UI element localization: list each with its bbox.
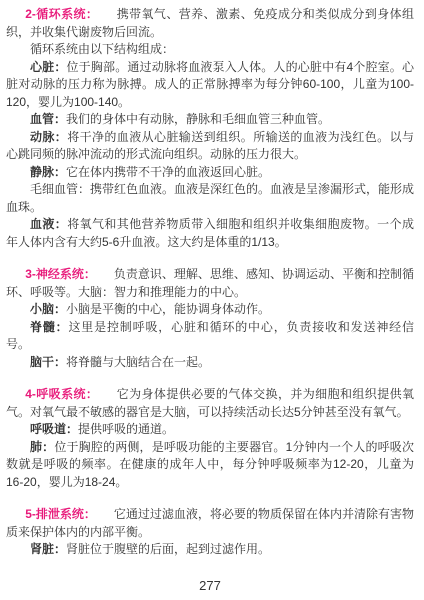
- paragraph: 呼吸道：提供呼吸的通道。: [6, 421, 414, 439]
- paragraph-text: 我们的身体中有动脉，静脉和毛细血管三种血管。: [66, 112, 330, 126]
- paragraph: 脑干：将脊髓与大脑结合在一起。: [6, 354, 414, 372]
- paragraph-text: 位于胸部。通过动脉将血液泵入人体。人的心脏中有4个腔室。心脏对动脉的压力称为脉搏…: [6, 60, 414, 109]
- section-heading: 2-循环系统：: [25, 7, 98, 21]
- page-content: 2-循环系统：携带氧气、营养、激素、免疫成分和类似成分到身体组织，并收集代谢废物…: [6, 6, 414, 559]
- paragraph: 静脉：它在体内携带不干净的血液返回心脏。: [6, 164, 414, 182]
- term-label: 静脉：: [30, 165, 66, 179]
- section-heading-paragraph: 2-循环系统：携带氧气、营养、激素、免疫成分和类似成分到身体组织，并收集代谢废物…: [6, 6, 414, 41]
- paragraph-text: 将干净的血液从心脏输送到组织。所输送的血液为浅红色。以与心跳同频的脉冲流动的形式…: [6, 130, 414, 162]
- section-respiratory-system: 4-呼吸系统：它为身体提供必要的气体交换，并为细胞和组织提供氧气。对氧气最不敏感…: [6, 386, 414, 491]
- term-label: 呼吸道：: [30, 422, 78, 436]
- paragraph-text: 毛细血管：携带红色血液。血液是深红色的。血液是呈渗漏形式，能形成血珠。: [6, 182, 414, 214]
- paragraph: 心脏：位于胸部。通过动脉将血液泵入人体。人的心脏中有4个腔室。心脏对动脉的压力称…: [6, 59, 414, 112]
- paragraph-text: 它在体内携带不干净的血液返回心脏。: [66, 165, 270, 179]
- paragraph-text: 将氧气和其他营养物质带入细胞和组织并收集细胞废物。一个成年人体内含有大约5-6升…: [6, 217, 414, 249]
- paragraph: 动脉：将干净的血液从心脏输送到组织。所输送的血液为浅红色。以与心跳同频的脉冲流动…: [6, 129, 414, 164]
- section-heading: 3-神经系统：: [25, 267, 96, 281]
- paragraph: 毛细血管：携带红色血液。血液是深红色的。血液是呈渗漏形式，能形成血珠。: [6, 181, 414, 216]
- term-label: 动脉：: [30, 130, 67, 144]
- page-number: 277: [6, 578, 414, 600]
- paragraph-text: 小脑是平衡的中心，能协调身体动作。: [66, 302, 270, 316]
- paragraph: 小脑：小脑是平衡的中心，能协调身体动作。: [6, 301, 414, 319]
- paragraph-text: 肾脏位于腹壁的后面，起到过滤作用。: [66, 542, 270, 556]
- paragraph: 肾脏：肾脏位于腹壁的后面，起到过滤作用。: [6, 541, 414, 559]
- section-circulatory-system: 2-循环系统：携带氧气、营养、激素、免疫成分和类似成分到身体组织，并收集代谢废物…: [6, 6, 414, 251]
- paragraph-text: 这里是控制呼吸，心脏和循环的中心，负责接收和发送神经信号。: [6, 320, 414, 352]
- section-excretory-system: 5-排泄系统：它通过过滤血液，将必要的物质保留在体内并清除有害物质来保护体内的内…: [6, 506, 414, 559]
- paragraph: 肺：位于胸腔的两侧，是呼吸功能的主要器官。1分钟内一个人的呼吸次数就是呼吸的频率…: [6, 439, 414, 492]
- term-label: 肺：: [30, 440, 54, 454]
- section-heading-paragraph: 4-呼吸系统：它为身体提供必要的气体交换，并为细胞和组织提供氧气。对氧气最不敏感…: [6, 386, 414, 421]
- term-label: 肾脏：: [30, 542, 66, 556]
- document-page: 2-循环系统：携带氧气、营养、激素、免疫成分和类似成分到身体组织，并收集代谢废物…: [0, 0, 424, 600]
- paragraph-text: 循环系统由以下结构组成：: [30, 42, 174, 56]
- section-heading: 4-呼吸系统：: [25, 387, 98, 401]
- term-label: 心脏：: [30, 60, 67, 74]
- paragraph-text: 将脊髓与大脑结合在一起。: [66, 355, 210, 369]
- paragraph-text: 提供呼吸的通道。: [78, 422, 174, 436]
- term-label: 血液：: [30, 217, 67, 231]
- paragraph: 循环系统由以下结构组成：: [6, 41, 414, 59]
- term-label: 小脑：: [30, 302, 66, 316]
- term-label: 脊髓：: [30, 320, 68, 334]
- paragraph-text: 位于胸腔的两侧，是呼吸功能的主要器官。1分钟内一个人的呼吸次数就是呼吸的频率。在…: [6, 440, 414, 489]
- section-nervous-system: 3-神经系统：负责意识、理解、思维、感知、协调运动、平衡和控制循环、呼吸等。大脑…: [6, 266, 414, 371]
- section-heading: 5-排泄系统：: [25, 507, 96, 521]
- paragraph: 血管：我们的身体中有动脉，静脉和毛细血管三种血管。: [6, 111, 414, 129]
- term-label: 脑干：: [30, 355, 66, 369]
- paragraph: 脊髓：这里是控制呼吸，心脏和循环的中心，负责接收和发送神经信号。: [6, 319, 414, 354]
- term-label: 血管：: [30, 112, 66, 126]
- paragraph: 血液：将氧气和其他营养物质带入细胞和组织并收集细胞废物。一个成年人体内含有大约5…: [6, 216, 414, 251]
- section-heading-paragraph: 5-排泄系统：它通过过滤血液，将必要的物质保留在体内并清除有害物质来保护体内的内…: [6, 506, 414, 541]
- section-heading-paragraph: 3-神经系统：负责意识、理解、思维、感知、协调运动、平衡和控制循环、呼吸等。大脑…: [6, 266, 414, 301]
